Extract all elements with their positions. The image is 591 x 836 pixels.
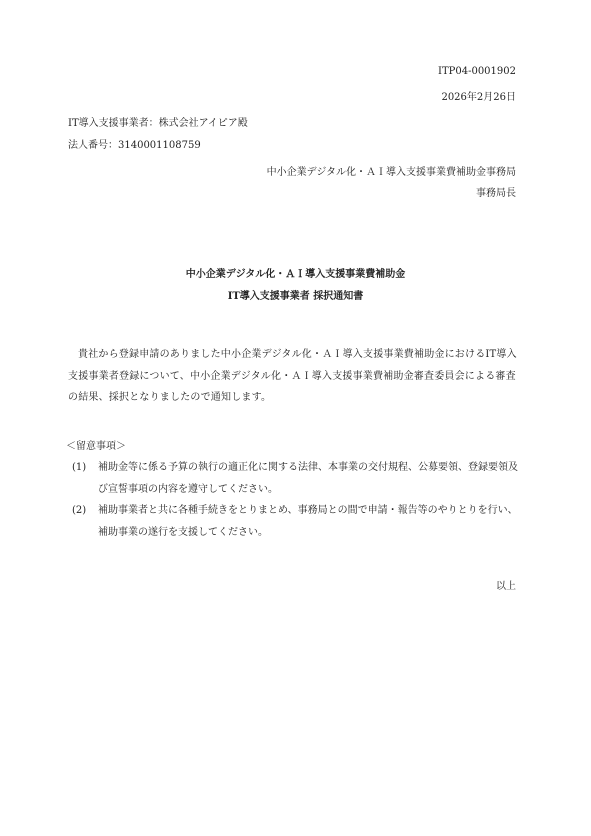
- addressee: IT導入支援事業者：株式会社アイピア殿: [68, 114, 248, 129]
- notes-heading: ＜留意事項＞: [66, 437, 126, 452]
- note-text: 補助金等に係る予算の執行の適正化に関する法律、本事業の交付規程、公募要領、登録要…: [98, 457, 527, 501]
- corporate-number: 法人番号：3140001108759: [68, 136, 201, 151]
- title-line-2: IT導入支援事業者 採択通知書: [0, 286, 591, 308]
- note-number: (2): [72, 500, 86, 522]
- document-title: 中小企業デジタル化・ＡＩ導入支援事業費補助金 IT導入支援事業者 採択通知書: [0, 264, 591, 308]
- note-item: (2) 補助事業者と共に各種手続きをとりまとめ、事務局との間で申請・報告等のやり…: [72, 500, 527, 544]
- title-line-1: 中小企業デジタル化・ＡＩ導入支援事業費補助金: [0, 264, 591, 286]
- note-item: (1) 補助金等に係る予算の執行の適正化に関する法律、本事業の交付規程、公募要領…: [72, 457, 527, 501]
- closing-mark: 以上: [496, 577, 516, 592]
- document-id: ITP04-0001902: [438, 66, 516, 77]
- sender-title: 事務局長: [476, 184, 516, 199]
- body-paragraph: 貴社から登録申請のありました中小企業デジタル化・ＡＩ導入支援事業費補助金における…: [68, 344, 523, 409]
- note-text: 補助事業者と共に各種手続きをとりまとめ、事務局との間で申請・報告等のやりとりを行…: [98, 500, 527, 544]
- document-page: ITP04-0001902 2026年2月26日 IT導入支援事業者：株式会社ア…: [0, 0, 591, 836]
- document-date: 2026年2月26日: [441, 88, 516, 103]
- sender-organization: 中小企業デジタル化・ＡＩ導入支援事業費補助金事務局: [267, 163, 516, 178]
- note-number: (1): [72, 457, 86, 479]
